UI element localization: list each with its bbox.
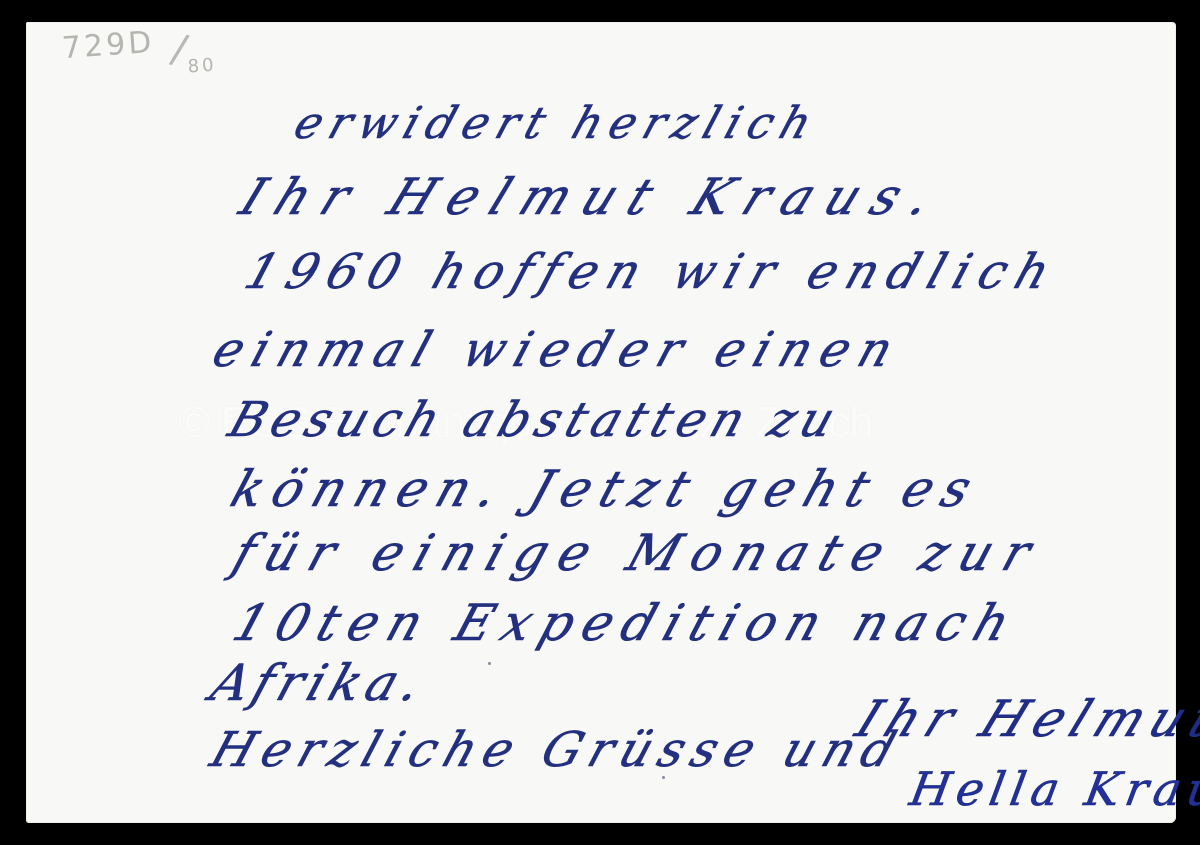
handwritten-line-2: Ihr Helmut Kraus. <box>232 168 955 226</box>
handwritten-line-9: Afrika. <box>204 654 434 712</box>
handwritten-line-4: einmal wieder einen <box>206 322 910 378</box>
scan-background: 729D / 80 © EOS Buchantiquariat Benz - Z… <box>0 0 1200 845</box>
handwritten-line-8: 10ten Expedition nach <box>226 594 1027 652</box>
paper-speck <box>488 662 491 665</box>
archive-number: 729D / 80 <box>61 25 156 66</box>
note-paper: 729D / 80 © EOS Buchantiquariat Benz - Z… <box>26 22 1176 823</box>
handwritten-line-5: Besuch abstatten zu <box>222 392 848 448</box>
handwritten-line-1: erwidert herzlich <box>288 98 826 149</box>
handwritten-line-10: Herzliche Grüsse und <box>204 722 911 778</box>
paper-speck <box>662 776 665 779</box>
archive-number-main: 729D <box>61 25 156 66</box>
handwritten-line-7: für einige Monate zur <box>226 524 1050 582</box>
signature-hella: Hella Kraus <box>906 762 1200 816</box>
handwritten-line-3: 1960 hoffen wir endlich <box>238 244 1067 300</box>
archive-number-sub: 80 <box>187 55 217 78</box>
signature-helmut: Ihr Helmut <box>848 690 1200 748</box>
handwritten-line-6: können. Jetzt geht es <box>224 460 988 518</box>
